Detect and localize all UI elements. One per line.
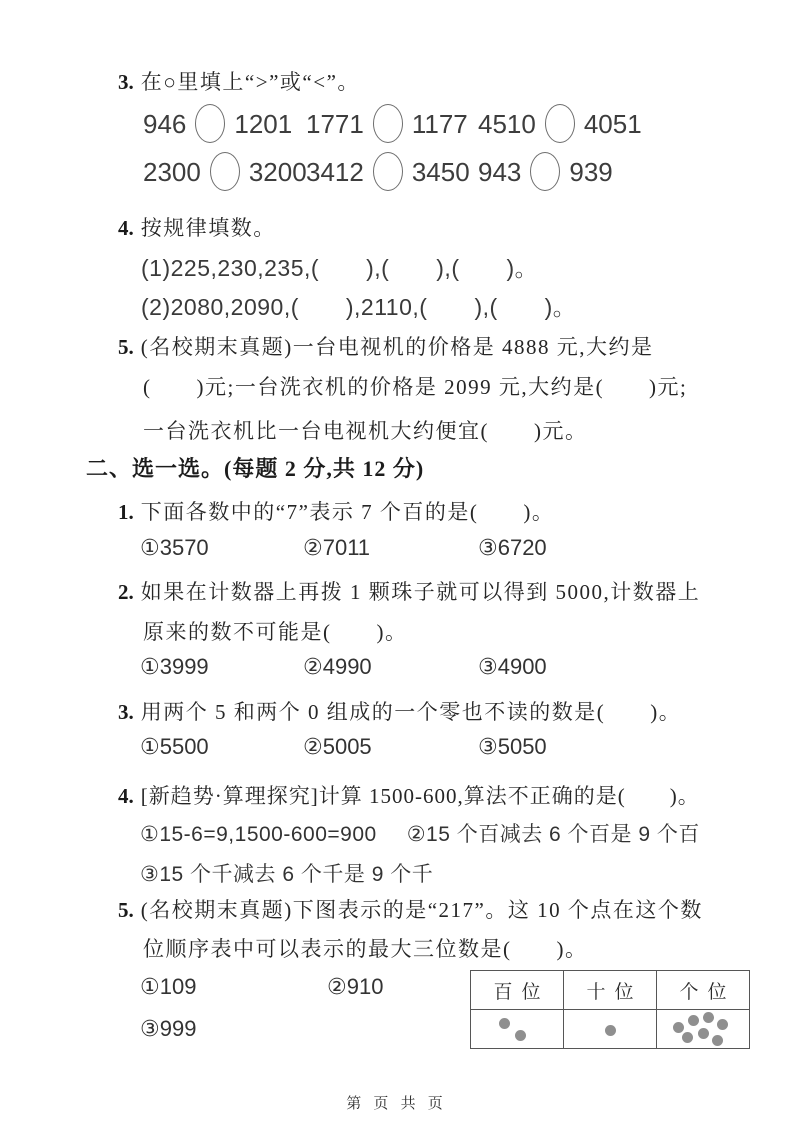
- comparison-pair: 45104051: [478, 104, 642, 143]
- header-hundreds: 百位: [471, 971, 564, 1010]
- option-1: ①3999: [140, 654, 209, 680]
- left-number: 943: [478, 157, 521, 187]
- question-number: 3.: [118, 700, 134, 724]
- options-row: ①3999 ②4990 ③4900: [140, 654, 790, 688]
- counter-bead-dot: [717, 1019, 728, 1030]
- page-footer: 第 页 共 页: [0, 1092, 793, 1113]
- question-number: 3.: [118, 70, 134, 94]
- tens-dots-cell: [564, 1010, 657, 1049]
- counter-bead-dot: [499, 1018, 510, 1029]
- counter-bead-dot: [682, 1032, 693, 1043]
- sequence-line: (2)2080,2090,( ),2110,( ),( )。: [141, 289, 576, 322]
- header-tens: 十位: [564, 971, 657, 1010]
- hundreds-dots-cell: [471, 1010, 564, 1049]
- options-row: ①5500 ②5005 ③5050: [140, 734, 790, 768]
- sec1-q5-line: 5.(名校期末真题)一台电视机的价格是 4888 元,大约是: [118, 331, 654, 361]
- left-number: 2300: [143, 157, 201, 187]
- sec2-q1-prompt: 1.下面各数中的“7”表示 7 个百的是( )。: [118, 496, 554, 526]
- answer-circle: [545, 104, 575, 143]
- option-1: ①15-6=9,1500-600=900: [140, 822, 377, 847]
- table-dots-row: [471, 1010, 750, 1049]
- place-value-table: 百位 十位 个位: [470, 970, 750, 1049]
- option-1: ①5500: [140, 734, 209, 760]
- table-header-row: 百位 十位 个位: [471, 971, 750, 1010]
- sec1-q5-line: ( )元;一台洗衣机的价格是 2099 元,大约是( )元;: [143, 371, 687, 401]
- section-two-header: 二、选一选。(每题 2 分,共 12 分): [86, 452, 424, 483]
- option-2: ②4990: [303, 654, 372, 680]
- counter-bead-dot: [515, 1030, 526, 1041]
- options-row: ③15 个千减去 6 个千是 9 个千: [140, 858, 459, 888]
- option-3: ③4900: [478, 654, 547, 680]
- sec2-q2-line: 2.如果在计数器上再拨 1 颗珠子就可以得到 5000,计数器上: [118, 576, 700, 606]
- counter-bead-dot: [688, 1015, 699, 1026]
- sec2-q5-line: 位顺序表中可以表示的最大三位数是( )。: [143, 933, 588, 963]
- left-number: 4510: [478, 109, 536, 139]
- right-number: 4051: [584, 109, 642, 139]
- option-3: ③5050: [478, 734, 547, 760]
- ones-dots-cell: [657, 1010, 750, 1049]
- options-row: ①3570 ②7011 ③6720: [140, 535, 790, 569]
- options-row: ①15-6=9,1500-600=900 ②15 个百减去 6 个百是 9 个百: [140, 818, 726, 848]
- question-text: 按规律填数。: [141, 216, 276, 240]
- question-number: 4.: [118, 216, 134, 240]
- option-2: ②5005: [303, 734, 372, 760]
- sec2-q5-line: 5.(名校期末真题)下图表示的是“217”。这 10 个点在这个数: [118, 894, 703, 924]
- answer-circle: [210, 152, 240, 191]
- option-2: ②7011: [303, 535, 370, 561]
- counter-bead-dot: [673, 1022, 684, 1033]
- header-ones: 个位: [657, 971, 750, 1010]
- comparison-pair: 34123450: [306, 152, 470, 191]
- answer-circle: [373, 152, 403, 191]
- answer-circle: [530, 152, 560, 191]
- sec1-q4-prompt: 4.按规律填数。: [118, 212, 276, 242]
- answer-circle: [195, 104, 225, 143]
- sequence-line: (1)225,230,235,( ),( ),( )。: [141, 250, 538, 283]
- worksheet-page: 3.在○里填上“>”或“<”。 9461201 17711177 4510405…: [0, 0, 793, 1122]
- question-text: 用两个 5 和两个 0 组成的一个零也不读的数是( )。: [141, 700, 681, 724]
- comparison-row: 23003200 34123450 943939: [143, 152, 793, 198]
- counter-bead-dot: [712, 1035, 723, 1046]
- question-text: (名校期末真题)一台电视机的价格是 4888 元,大约是: [141, 335, 654, 359]
- left-number: 1771: [306, 109, 364, 139]
- question-number: 5.: [118, 335, 134, 359]
- option-1: ①109: [140, 974, 196, 1000]
- option-2: ②15 个百减去 6 个百是 9 个百: [407, 818, 700, 848]
- comparison-pair: 9461201: [143, 104, 292, 143]
- question-number: 2.: [118, 580, 134, 604]
- sec2-q4-prompt: 4.[新趋势·算理探究]计算 1500-600,算法不正确的是( )。: [118, 780, 700, 810]
- sec1-q5-line: 一台洗衣机比一台电视机大约便宜( )元。: [143, 415, 588, 445]
- counter-bead-dot: [698, 1028, 709, 1039]
- sec1-q3-prompt: 3.在○里填上“>”或“<”。: [118, 66, 360, 96]
- sec2-q3-prompt: 3.用两个 5 和两个 0 组成的一个零也不读的数是( )。: [118, 696, 681, 726]
- question-number: 4.: [118, 784, 134, 808]
- answer-circle: [373, 104, 403, 143]
- sec2-q2-line: 原来的数不可能是( )。: [143, 616, 408, 646]
- comparison-pair: 23003200: [143, 152, 307, 191]
- right-number: 1201: [234, 109, 292, 139]
- counter-bead-dot: [605, 1025, 616, 1036]
- right-number: 939: [569, 157, 612, 187]
- comparison-pair: 17711177: [306, 104, 468, 143]
- counter-bead-dot: [703, 1012, 714, 1023]
- question-text: [新趋势·算理探究]计算 1500-600,算法不正确的是( )。: [141, 784, 700, 808]
- right-number: 1177: [412, 109, 468, 139]
- comparison-pair: 943939: [478, 152, 613, 191]
- question-text: 如果在计数器上再拨 1 颗珠子就可以得到 5000,计数器上: [141, 580, 701, 604]
- question-text: (名校期末真题)下图表示的是“217”。这 10 个点在这个数: [141, 898, 703, 922]
- question-number: 1.: [118, 500, 134, 524]
- option-3: ③15 个千减去 6 个千是 9 个千: [140, 858, 433, 888]
- option-3: ③6720: [478, 535, 547, 561]
- question-text: 在○里填上“>”或“<”。: [141, 70, 360, 94]
- comparison-row: 9461201 17711177 45104051: [143, 104, 793, 150]
- right-number: 3200: [249, 157, 307, 187]
- option-3: ③999: [140, 1016, 196, 1042]
- option-2: ②910: [327, 974, 383, 1000]
- option-1: ①3570: [140, 535, 209, 561]
- left-number: 3412: [306, 157, 364, 187]
- question-number: 5.: [118, 898, 134, 922]
- left-number: 946: [143, 109, 186, 139]
- question-text: 下面各数中的“7”表示 7 个百的是( )。: [141, 500, 555, 524]
- right-number: 3450: [412, 157, 470, 187]
